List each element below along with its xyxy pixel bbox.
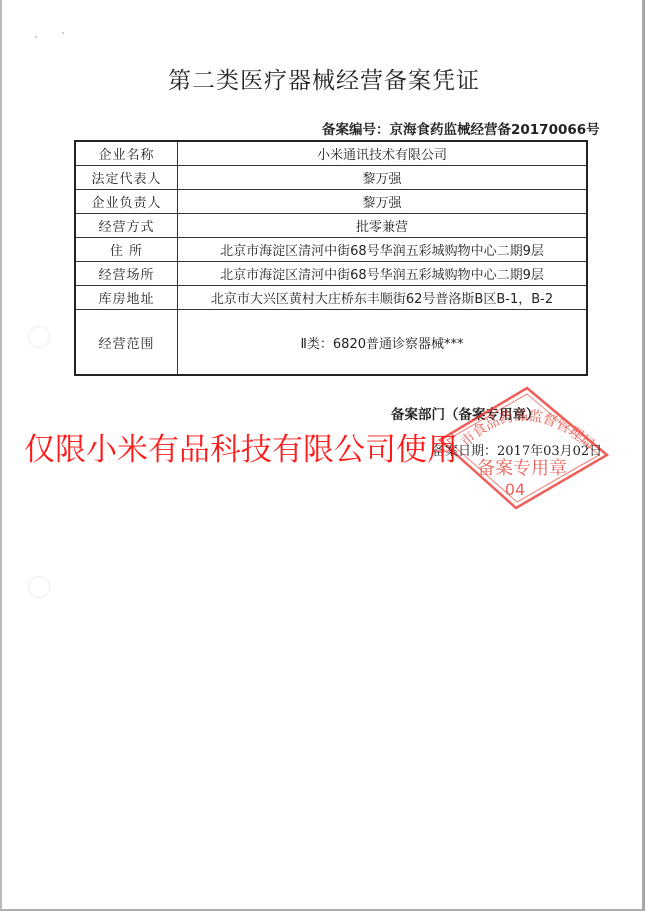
row-value: 小米通讯技术有限公司 [178,141,588,166]
table-row: 住 所 北京市海淀区清河中街68号华润五彩城购物中心二期9层 [75,238,587,262]
row-value: 北京市大兴区黄村大庄桥东丰顺街62号普洛斯B区B-1，B-2 [178,286,588,310]
filing-number: 备案编号：京海食药监械经营备20170066号 [322,118,600,138]
table-row: 企业负责人 黎万强 [75,190,587,214]
row-value: 黎万强 [178,166,588,190]
row-value: 黎万强 [178,190,588,214]
row-label: 法定代表人 [75,166,178,190]
document-title: 第二类医疗器械经营备案凭证 [0,62,648,95]
table-row: 法定代表人 黎万强 [75,166,587,190]
table-row: 库房地址 北京市大兴区黄村大庄桥东丰顺街62号普洛斯B区B-1，B-2 [75,286,587,310]
row-label: 企业负责人 [75,190,178,214]
row-value: 北京市海淀区清河中街68号华润五彩城购物中心二期9层 [178,238,588,262]
table-row: 经营场所 北京市海淀区清河中街68号华润五彩城购物中心二期9层 [75,262,587,286]
usage-restriction-watermark: 仅限小米有品科技有限公司使用 [24,424,458,469]
row-label: 经营方式 [75,214,178,238]
punch-hole-mark [28,576,50,598]
scan-speck [62,32,64,34]
scan-speck [35,36,37,38]
row-value: Ⅱ类：6820普通诊察器械*** [178,310,588,376]
filing-department: 备案部门（备案专用章） [391,403,540,423]
row-label: 企业名称 [75,141,178,166]
table-row: 经营范围 Ⅱ类：6820普通诊察器械*** [75,310,587,376]
row-label: 住 所 [75,238,178,262]
row-value: 北京市海淀区清河中街68号华润五彩城购物中心二期9层 [178,262,588,286]
certificate-table: 企业名称 小米通讯技术有限公司 法定代表人 黎万强 企业负责人 黎万强 经营方式… [74,140,588,376]
table-row: 企业名称 小米通讯技术有限公司 [75,141,587,166]
row-value: 批零兼营 [178,214,588,238]
row-label: 经营范围 [75,310,178,376]
row-label: 经营场所 [75,262,178,286]
table-row: 经营方式 批零兼营 [75,214,587,238]
row-label: 库房地址 [75,286,178,310]
punch-hole-mark [28,326,50,348]
